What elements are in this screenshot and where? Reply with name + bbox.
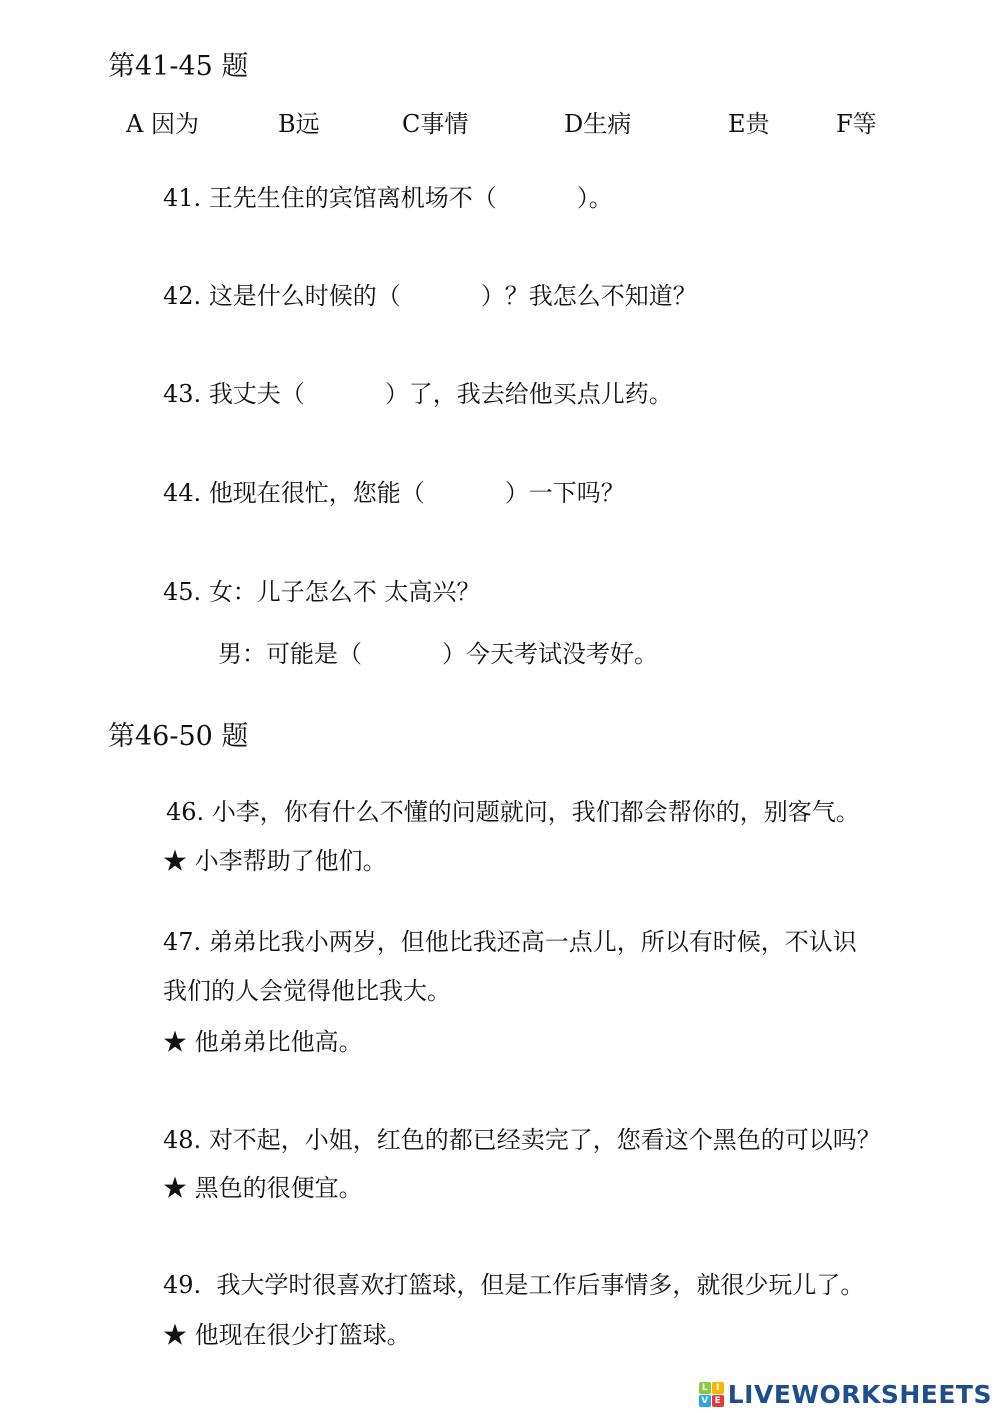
option-f: F等	[836, 104, 877, 139]
liveworksheets-logo: L I V E LIVEWORKSHEETS	[699, 1380, 992, 1409]
question-43: 43. 我丈夫（）了，我去给他买点儿药。	[163, 374, 673, 409]
question-45-line1: 45. 女：儿子怎么不 太高兴？	[163, 572, 480, 607]
statement-text: 小李帮助了他们。	[195, 847, 387, 875]
statement-48[interactable]: ★ 黑色的很便宜。	[163, 1168, 363, 1203]
star-icon: ★	[163, 1321, 187, 1349]
question-number: 41.	[163, 184, 201, 212]
tile-v: V	[699, 1395, 711, 1407]
answer-blank-41[interactable]	[497, 189, 577, 211]
question-text-after: ）今天考试没考好。	[442, 640, 658, 668]
star-icon: ★	[163, 847, 187, 875]
question-text-after: ）？我怎么不知道？	[481, 282, 697, 310]
section-heading-41-45: 第41-45 题	[108, 44, 248, 83]
question-49: 49. 我大学时很喜欢打篮球，但是工作后事情多，就很少玩儿了。	[163, 1265, 864, 1300]
question-dialogue-woman: 女：儿子怎么不 太高兴？	[209, 578, 481, 606]
question-text-after: ）了，我去给他买点儿药。	[385, 380, 673, 408]
question-text-before: 我丈夫（	[209, 380, 305, 408]
question-46: 46. 小李，你有什么不懂的问题就问，我们都会帮你的，别客气。	[166, 792, 860, 827]
question-47: 47. 弟弟比我小两岁，但他比我还高一点儿，所以有时候，不认识	[163, 922, 857, 957]
section-heading-46-50: 第46-50 题	[108, 714, 248, 753]
question-42: 42. 这是什么时候的（）？我怎么不知道？	[163, 276, 697, 311]
tile-l: L	[699, 1382, 711, 1394]
logo-text: LIVEWORKSHEETS	[728, 1380, 992, 1409]
question-text-before: 这是什么时候的（	[209, 282, 401, 310]
question-number: 45.	[163, 578, 201, 606]
question-text: 对不起，小姐，红色的都已经卖完了，您看这个黑色的可以吗？	[209, 1126, 881, 1154]
tile-i: I	[712, 1382, 724, 1394]
question-text-before: 男：可能是（	[218, 640, 362, 668]
question-number: 49.	[163, 1271, 201, 1299]
answer-blank-45[interactable]	[362, 645, 442, 667]
question-text-after: ）一下吗？	[505, 479, 625, 507]
statement-47[interactable]: ★ 他弟弟比他高。	[163, 1022, 363, 1057]
statement-text: 黑色的很便宜。	[195, 1174, 363, 1202]
option-b: B远	[278, 104, 320, 139]
tile-e: E	[712, 1395, 724, 1407]
question-45-line2: 男：可能是（）今天考试没考好。	[218, 634, 658, 669]
question-47-line2: 我们的人会觉得他比我大。	[163, 971, 451, 1006]
question-41: 41. 王先生住的宾馆离机场不（）。	[163, 178, 613, 213]
question-text-after: ）。	[577, 184, 613, 212]
answer-blank-42[interactable]	[401, 287, 481, 309]
question-number: 44.	[163, 479, 201, 507]
answer-blank-43[interactable]	[305, 385, 385, 407]
statement-49[interactable]: ★ 他现在很少打篮球。	[163, 1315, 411, 1350]
question-text: 小李，你有什么不懂的问题就问，我们都会帮你的，别客气。	[212, 798, 860, 826]
question-number: 47.	[163, 928, 201, 956]
statement-text: 他现在很少打篮球。	[195, 1321, 411, 1349]
option-d: D生病	[564, 104, 631, 139]
question-text: 弟弟比我小两岁，但他比我还高一点儿，所以有时候，不认识	[209, 928, 857, 956]
option-e: E贵	[728, 104, 770, 139]
question-text-before: 他现在很忙，您能（	[209, 479, 425, 507]
statement-text: 他弟弟比他高。	[195, 1028, 363, 1056]
star-icon: ★	[163, 1174, 187, 1202]
question-48: 48. 对不起，小姐，红色的都已经卖完了，您看这个黑色的可以吗？	[163, 1120, 881, 1155]
question-44: 44. 他现在很忙，您能（）一下吗？	[163, 473, 625, 508]
question-number: 48.	[163, 1126, 201, 1154]
star-icon: ★	[163, 1028, 187, 1056]
option-a: A 因为	[126, 104, 199, 139]
question-number: 43.	[163, 380, 201, 408]
option-c: C事情	[402, 104, 468, 139]
answer-blank-44[interactable]	[425, 484, 505, 506]
question-text: 我大学时很喜欢打篮球，但是工作后事情多，就很少玩儿了。	[216, 1271, 864, 1299]
question-text-before: 王先生住的宾馆离机场不（	[209, 184, 497, 212]
question-number: 46.	[166, 798, 204, 826]
question-number: 42.	[163, 282, 201, 310]
statement-46[interactable]: ★ 小李帮助了他们。	[163, 841, 387, 876]
live-tiles-icon: L I V E	[699, 1382, 724, 1407]
